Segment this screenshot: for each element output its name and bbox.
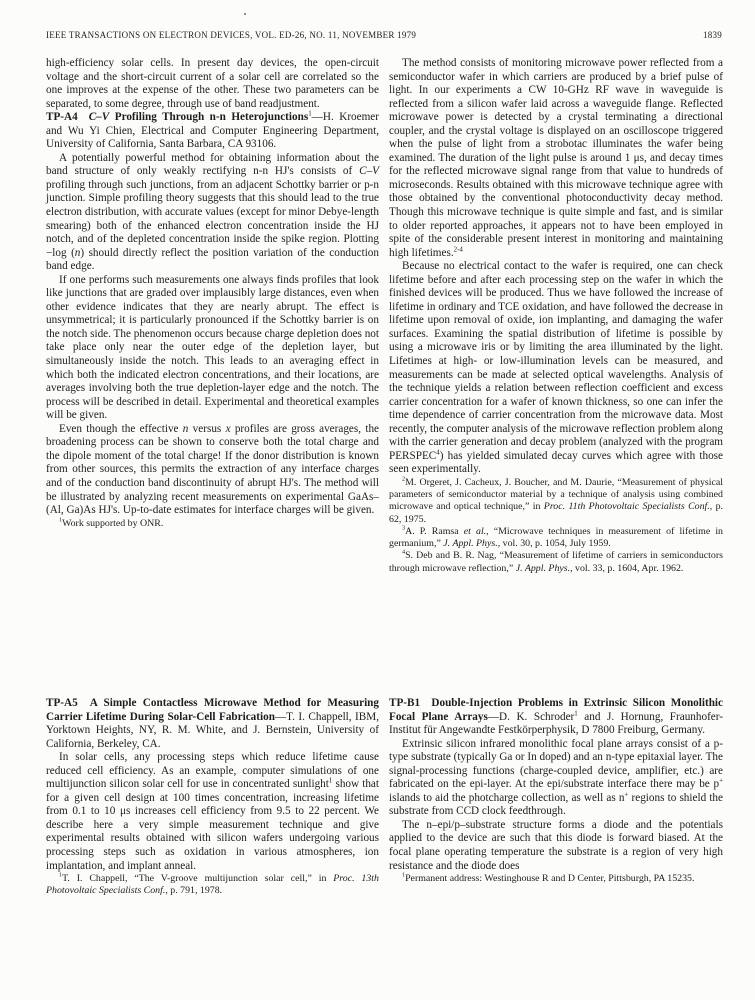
session-heading-tp-a4: TP-A4 C–V Profiling Through n-n Heteroju… (46, 111, 379, 152)
footnote: 1Work supported by ONR. (46, 518, 379, 530)
footnote: 3A. P. Ramsa et al., “Microwave techniqu… (389, 526, 723, 551)
footnote: 2M. Orgeret, J. Cacheux, J. Boucher, and… (389, 477, 723, 526)
right-column-bottom: TP-B1 Double-Injection Problems in Extri… (389, 697, 723, 885)
left-column-bottom: TP-A5 A Simple Contactless Microwave Met… (46, 697, 379, 898)
paragraph: The method consists of monitoring microw… (389, 57, 723, 260)
paragraph: If one performs such measurements one al… (46, 274, 379, 423)
paragraph: Extrinsic silicon infrared monolithic fo… (389, 738, 723, 819)
footnote: 4S. Deb and B. R. Nag, “Measurement of l… (389, 550, 723, 575)
running-head: IEEE TRANSACTIONS ON ELECTRON DEVICES, V… (46, 30, 722, 40)
session-heading-tp-a5: TP-A5 A Simple Contactless Microwave Met… (46, 697, 379, 751)
left-column-top: high-efficiency solar cells. In present … (46, 57, 379, 530)
footnote: 1Permanent address: Westinghouse R and D… (389, 873, 723, 885)
paragraph: A potentially powerful method for obtain… (46, 152, 379, 274)
page-number: 1839 (703, 30, 722, 40)
footnote: 1T. I. Chappell, “The V-groove multijunc… (46, 873, 379, 898)
right-column-top: The method consists of monitoring microw… (389, 57, 723, 575)
scan-speck (244, 13, 246, 15)
paragraph-continuation: high-efficiency solar cells. In present … (46, 57, 379, 111)
journal-title: IEEE TRANSACTIONS ON ELECTRON DEVICES, V… (46, 30, 416, 40)
paragraph: Because no electrical contact to the waf… (389, 260, 723, 477)
paragraph: In solar cells, any processing steps whi… (46, 751, 379, 873)
paragraph: Even though the effective n versus x pro… (46, 423, 379, 518)
session-heading-tp-b1: TP-B1 Double-Injection Problems in Extri… (389, 697, 723, 738)
paragraph: The n–epi/p–substrate structure forms a … (389, 819, 723, 873)
journal-page: IEEE TRANSACTIONS ON ELECTRON DEVICES, V… (0, 0, 755, 1000)
